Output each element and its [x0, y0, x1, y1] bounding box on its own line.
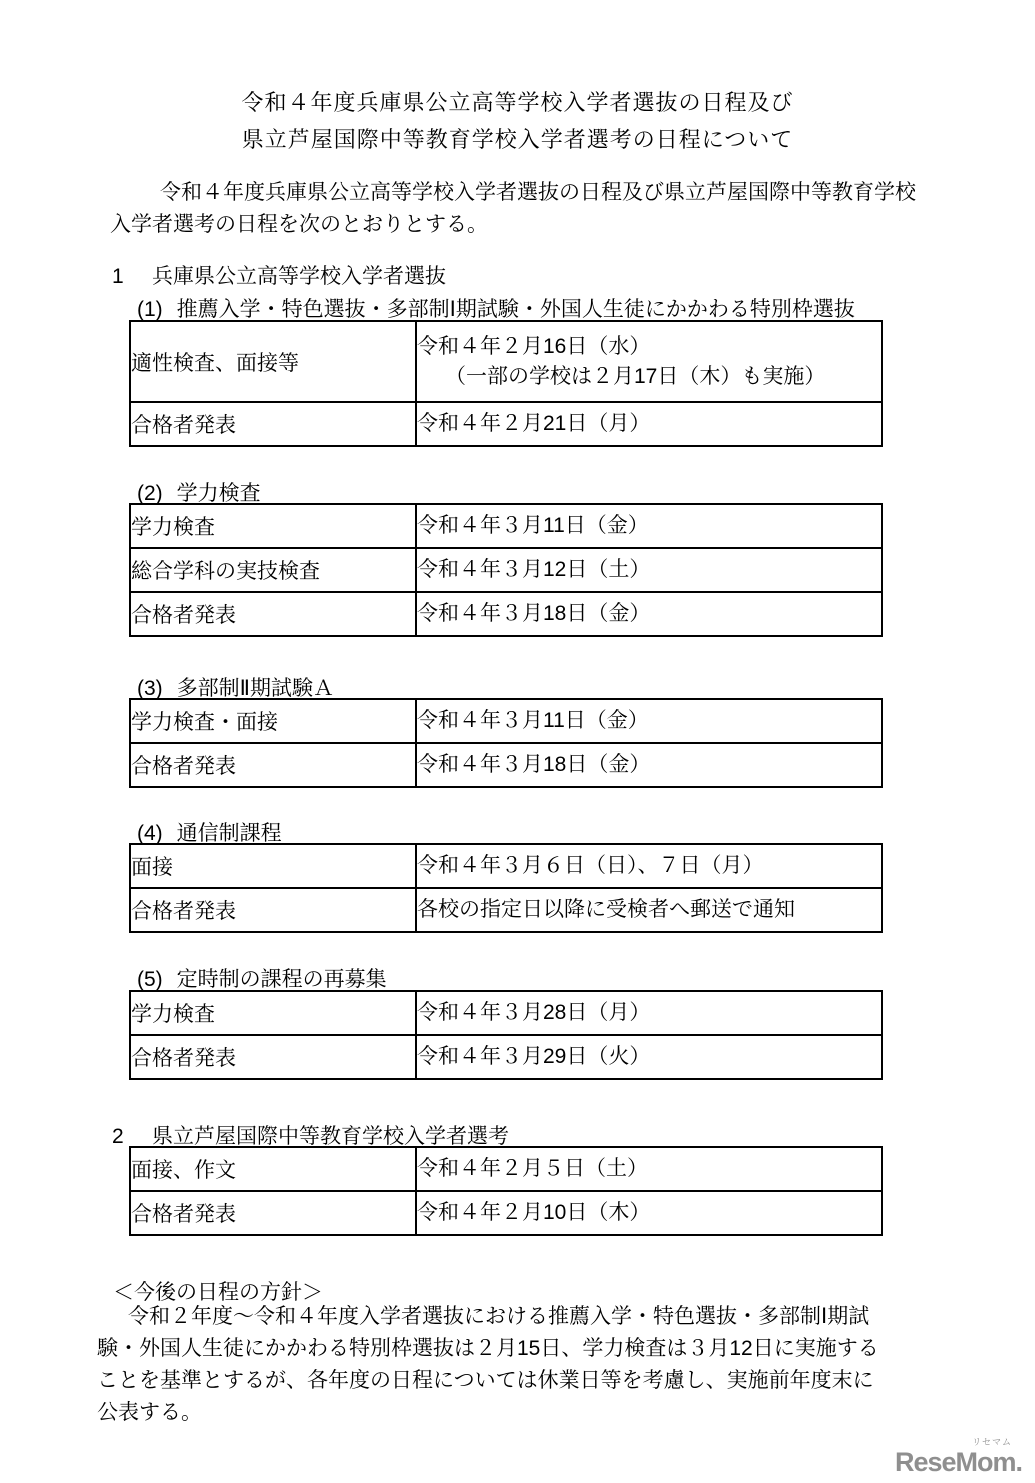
row-label-cell: 総合学科の実技検査 — [130, 548, 416, 592]
doc-title-line1: 令和４年度兵庫県公立高等学校入学者選抜の日程及び — [0, 84, 1035, 121]
intro-line: 入学者選考の日程を次のとおりとする。 — [110, 209, 925, 241]
row-value: 令和４年２月10日（木） — [417, 1198, 881, 1228]
row-value-cell: 令和４年３月６日（日）、７日（月） — [416, 844, 882, 888]
schedule-table-special-selection: 適性検査、面接等 令和４年２月16日（水） （一部の学校は２月17日（木）も実施… — [129, 320, 883, 447]
row-value-cell: 令和４年２月10日（木） — [416, 1191, 882, 1235]
row-label-cell: 合格者発表 — [130, 402, 416, 446]
row-label-cell: 合格者発表 — [130, 743, 416, 787]
row-value: 令和４年３月11日（金） — [417, 511, 881, 541]
row-label-cell: 合格者発表 — [130, 1035, 416, 1079]
row-label-cell: 学力検査・面接 — [130, 699, 416, 743]
subsection-title: 多部制Ⅱ期試験Ａ — [177, 677, 334, 700]
row-label-cell: 適性検査、面接等 — [130, 321, 416, 402]
row-value-cell: 令和４年３月11日（金） — [416, 504, 882, 548]
row-label: 合格者発表 — [131, 414, 236, 437]
policy-line: 公表する。 — [97, 1397, 957, 1429]
row-label-cell: 合格者発表 — [130, 1191, 416, 1235]
row-value: 令和４年２月21日（月） — [417, 409, 881, 439]
table-row: 合格者発表 令和４年３月18日（金） — [130, 592, 882, 636]
row-label: 面接 — [131, 856, 173, 879]
table-row: 適性検査、面接等 令和４年２月16日（水） （一部の学校は２月17日（木）も実施… — [130, 321, 882, 402]
row-value-cell: 令和４年３月18日（金） — [416, 592, 882, 636]
row-value-cell: 令和４年２月21日（月） — [416, 402, 882, 446]
schedule-table-correspondence: 面接 令和４年３月６日（日）、７日（月） 合格者発表 各校の指定日以降に受検者へ… — [129, 843, 883, 933]
row-label: 適性検査、面接等 — [131, 352, 299, 375]
row-value: 令和４年３月６日（日）、７日（月） — [417, 851, 881, 881]
row-value: 各校の指定日以降に受検者へ郵送で通知 — [417, 895, 881, 925]
doc-title-line2: 県立芦屋国際中等教育学校入学者選考の日程について — [0, 121, 1035, 158]
row-label-cell: 面接、作文 — [130, 1147, 416, 1191]
resemom-logo-ruby: リセマム — [895, 1438, 1012, 1447]
policy-line: 験・外国人生徒にかかわる特別枠選抜は２月15日、学力検査は３月12日に実施する — [97, 1333, 957, 1365]
row-value-cell: 令和４年２月16日（水） （一部の学校は２月17日（木）も実施） — [416, 321, 882, 402]
schedule-table-part-time-reapplication: 学力検査 令和４年３月28日（月） 合格者発表 令和４年３月29日（火） — [129, 990, 883, 1080]
table-row: 総合学科の実技検査 令和４年３月12日（土） — [130, 548, 882, 592]
subsection-title: 学力検査 — [177, 482, 261, 505]
row-label: 合格者発表 — [131, 1047, 236, 1070]
row-label: 学力検査・面接 — [131, 711, 278, 734]
schedule-table-multi-part-2: 学力検査・面接 令和４年３月11日（金） 合格者発表 令和４年３月18日（金） — [129, 698, 883, 788]
row-label-cell: 学力検査 — [130, 991, 416, 1035]
subsection-title: 通信制課程 — [177, 822, 282, 845]
resemom-logo-text: ReseMom. — [895, 1447, 1022, 1477]
doc-title: 令和４年度兵庫県公立高等学校入学者選抜の日程及び 県立芦屋国際中等教育学校入学者… — [0, 84, 1035, 158]
row-value: 令和４年３月28日（月） — [417, 998, 881, 1028]
intro-line: 令和４年度兵庫県公立高等学校入学者選抜の日程及び県立芦屋国際中等教育学校 — [110, 177, 925, 209]
row-value: 令和４年３月29日（火） — [417, 1042, 881, 1072]
row-value: 令和４年２月16日（水） — [417, 332, 881, 362]
resemom-logo: リセマム ReseMom. — [895, 1438, 1022, 1477]
row-label: 合格者発表 — [131, 604, 236, 627]
row-value: 令和４年３月12日（土） — [417, 555, 881, 585]
table-row: 学力検査 令和４年３月11日（金） — [130, 504, 882, 548]
section-number: 2 — [112, 1123, 126, 1151]
schedule-table-academic-exam: 学力検査 令和４年３月11日（金） 総合学科の実技検査 令和４年３月12日（土）… — [129, 503, 883, 637]
row-label-cell: 学力検査 — [130, 504, 416, 548]
section-number: 1 — [112, 263, 126, 291]
table-row: 面接 令和４年３月６日（日）、７日（月） — [130, 844, 882, 888]
row-value: 令和４年３月18日（金） — [417, 750, 881, 780]
row-label: 学力検査 — [131, 1003, 215, 1026]
row-label-cell: 面接 — [130, 844, 416, 888]
row-value: 令和４年３月18日（金） — [417, 599, 881, 629]
document-page: 令和４年度兵庫県公立高等学校入学者選抜の日程及び 県立芦屋国際中等教育学校入学者… — [0, 0, 1035, 1483]
row-label-cell: 合格者発表 — [130, 592, 416, 636]
table-row: 面接、作文 令和４年２月５日（土） — [130, 1147, 882, 1191]
table-row: 合格者発表 令和４年２月10日（木） — [130, 1191, 882, 1235]
row-value-cell: 令和４年３月18日（金） — [416, 743, 882, 787]
schedule-table-ashiya-international: 面接、作文 令和４年２月５日（土） 合格者発表 令和４年２月10日（木） — [129, 1146, 883, 1236]
row-value: 令和４年３月11日（金） — [417, 706, 881, 736]
section-title: 兵庫県公立高等学校入学者選抜 — [152, 265, 446, 288]
row-value-cell: 各校の指定日以降に受検者へ郵送で通知 — [416, 888, 882, 932]
row-label: 面接、作文 — [131, 1159, 236, 1182]
row-value-note: （一部の学校は２月17日（木）も実施） — [417, 362, 881, 392]
table-row: 合格者発表 令和４年２月21日（月） — [130, 402, 882, 446]
row-value-cell: 令和４年３月11日（金） — [416, 699, 882, 743]
row-label: 合格者発表 — [131, 900, 236, 923]
policy-line: 令和２年度～令和４年度入学者選抜における推薦入学・特色選抜・多部制Ⅰ期試 — [97, 1301, 957, 1333]
row-value-cell: 令和４年３月12日（土） — [416, 548, 882, 592]
section-1-heading: 1兵庫県公立高等学校入学者選抜 — [112, 263, 446, 291]
subsection-title: 推薦入学・特色選抜・多部制Ⅰ期試験・外国人生徒にかかわる特別枠選抜 — [177, 298, 855, 321]
row-label: 総合学科の実技検査 — [131, 560, 320, 583]
row-label: 合格者発表 — [131, 755, 236, 778]
policy-line: ことを基準とするが、各年度の日程については休業日等を考慮し、実施前年度末に — [97, 1365, 957, 1397]
row-label-cell: 合格者発表 — [130, 888, 416, 932]
subsection-title: 定時制の課程の再募集 — [177, 968, 387, 991]
table-row: 合格者発表 令和４年３月29日（火） — [130, 1035, 882, 1079]
row-value-cell: 令和４年２月５日（土） — [416, 1147, 882, 1191]
table-row: 学力検査 令和４年３月28日（月） — [130, 991, 882, 1035]
section-title: 県立芦屋国際中等教育学校入学者選考 — [152, 1125, 509, 1148]
row-label: 合格者発表 — [131, 1203, 236, 1226]
row-label: 学力検査 — [131, 516, 215, 539]
table-row: 合格者発表 令和４年３月18日（金） — [130, 743, 882, 787]
intro-paragraph: 令和４年度兵庫県公立高等学校入学者選抜の日程及び県立芦屋国際中等教育学校 入学者… — [110, 177, 925, 241]
row-value-cell: 令和４年３月28日（月） — [416, 991, 882, 1035]
row-value-cell: 令和４年３月29日（火） — [416, 1035, 882, 1079]
table-row: 合格者発表 各校の指定日以降に受検者へ郵送で通知 — [130, 888, 882, 932]
policy-paragraph: 令和２年度～令和４年度入学者選抜における推薦入学・特色選抜・多部制Ⅰ期試 験・外… — [97, 1301, 957, 1429]
table-row: 学力検査・面接 令和４年３月11日（金） — [130, 699, 882, 743]
row-value: 令和４年２月５日（土） — [417, 1154, 881, 1184]
